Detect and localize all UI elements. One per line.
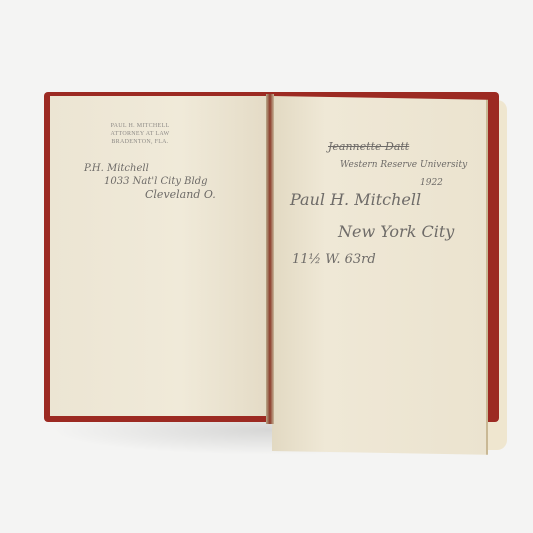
stamp-line: ATTORNEY AT LAW [80,130,200,138]
inscription-year: 1922 [420,178,443,188]
inscription-owner-city: New York City [338,222,454,241]
stamp-line: PAUL H. MITCHELL [80,122,200,130]
book-spine-gutter [266,94,274,424]
inscription-university: Western Reserve University [340,160,467,170]
inscription-struck-name: Jeannette Datt [328,140,409,153]
inscription-owner-name: Paul H. Mitchell [290,190,421,209]
inscription-address: 1033 Nat'l City Bldg [104,176,208,187]
attorney-stamp: PAUL H. MITCHELL ATTORNEY AT LAW BRADENT… [80,122,200,146]
inscription-name: P.H. Mitchell [84,163,149,174]
inscription-owner-street: 11½ W. 63rd [292,252,376,267]
inscription-city: Cleveland O. [145,188,216,201]
stamp-line: BRADENTON, FLA. [80,138,200,146]
